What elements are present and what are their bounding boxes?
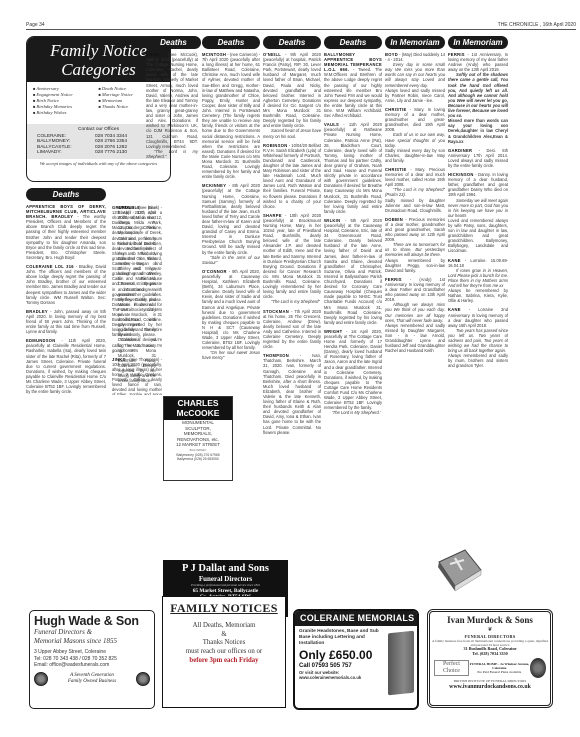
section-header-in-memoriam: In Memoriam xyxy=(448,36,508,49)
column-4: Deaths O'NEILL - 9th April 2020 (peacefu… xyxy=(263,36,321,591)
notice: HICKINSON - Danny. In loving memory of a… xyxy=(448,172,508,254)
publication-date: THE CHRONICLE , 16th April 2020 xyxy=(498,22,576,28)
column-6: In Memoriam BOYD - (May) Died suddenly 1… xyxy=(385,36,445,548)
notice: FERRIS - 1st Anniversary. In loving memo… xyxy=(448,52,508,144)
office-row: LIMAVADY:028 7776 2130 xyxy=(37,150,160,156)
notice: ROBINSON - 10/04/20 Belfast R.V.H. Sarah… xyxy=(263,143,321,209)
headstone-icon xyxy=(388,631,414,696)
notice: BALLYMONEY APPRENTICE BOYS MEMORIAL TEMP… xyxy=(324,52,382,118)
email-link[interactable]: Email: office@wadesfunerals.com xyxy=(34,662,150,669)
notice: JINKS - (nee Thompson) - 10th April 2020… xyxy=(112,357,162,395)
notice: MCINTOSH - (nee Cameron) - 7th April 202… xyxy=(202,52,260,179)
notice: O'NEILL - 9th April 2020 (peacefully) at… xyxy=(263,52,321,139)
ornament-icon: ❦ xyxy=(431,626,549,634)
notice: DOBBIN - Precious memories of a dear mot… xyxy=(385,217,445,273)
notice: GARDINER - Desi. 6th Anniversary 17th Ap… xyxy=(448,148,508,168)
column-2: Deaths xyxy=(116,36,184,52)
notice: KANE - Lorraine. 15.09.69-16.04.18If ros… xyxy=(448,258,508,304)
notice: CHRISTIE - Mary. Precious memories of a … xyxy=(385,167,445,213)
notice: BOYD - (May) Died suddenly 14 - 4 - 2014… xyxy=(385,52,445,103)
section-header-deaths: Deaths xyxy=(202,36,260,49)
charles-mccooke-ad: CHARLESMcCOOKE MONUMENTAL SCULPTOR, MEMO… xyxy=(163,396,233,481)
column-2c: GRUNDLE - (nee Black) - 12th April 2020,… xyxy=(112,205,162,395)
category-item: Birthday Wishes xyxy=(33,110,99,116)
seal-icon xyxy=(136,672,150,686)
section-header-deaths: Deaths xyxy=(146,36,201,49)
ivan-murdock-ad: Ivan Murdock & Sons ❦ FUNERAL DIRECTORS … xyxy=(427,609,553,708)
notice: KNOX - (nee McCook), April 5, 2020 (peac… xyxy=(146,52,198,159)
notice: THOMPSON - Ivan, Thatcham, Berkshire. Ma… xyxy=(263,353,321,435)
column-1: Deaths APPRENTICE BOYS OF DERRY, MITCHEL… xyxy=(26,188,106,398)
notice: KANE - Lorraine 2nd Anniversary. In lovi… xyxy=(448,307,508,368)
notice: BRADLEY - John, passed away on 5th April… xyxy=(26,309,106,334)
section-header-deaths: Deaths xyxy=(263,36,321,49)
notice: GRUNDLE - (nee Black) - 12th April 2020,… xyxy=(112,205,162,353)
crest-icon xyxy=(530,658,546,678)
column-5: Deaths BALLYMONEY APPRENTICE BOYS MEMORI… xyxy=(324,36,382,591)
notice: MCKINNEY - 8th April 2020 (peacefully) a… xyxy=(202,183,260,265)
notice: COLERAINE LOL 316 - Bradley, David John.… xyxy=(26,264,106,305)
notice: O'CONNOR - 9th April 2020, peacefully at… xyxy=(202,269,260,361)
section-header-in-memoriam: In Memoriam xyxy=(385,36,445,49)
perfect-choice-logo: Perfect Choice xyxy=(434,660,469,676)
notice: WILKIN - 5th April 2020 (peacefully) at … xyxy=(324,218,382,325)
notice: FERRIS - (Andy) 1st Anniversary. In lovi… xyxy=(385,277,445,353)
notice: EDMUNDSON - 11th April 2020, peacefully … xyxy=(26,338,106,394)
column-2-text: KNOX - (nee McCook), April 5, 2020 (peac… xyxy=(146,52,198,163)
hugh-wade-ad: Hugh Wade & Son Funeral Directors & Memo… xyxy=(29,610,155,709)
notice: SHARPE - 10th April 2020 (peacefully) at… xyxy=(263,213,321,305)
section-header-deaths: Deaths xyxy=(26,188,106,201)
bible-icon xyxy=(435,548,483,592)
page-number: Page 34 xyxy=(26,22,45,28)
section-header-deaths: Deaths xyxy=(324,36,382,49)
notice: STOCKMAN - 7th April 2020 at his home, 2… xyxy=(263,309,321,350)
website-link[interactable]: www.ivanmurdockandsons.co.uk xyxy=(431,684,549,691)
column-3: Deaths MCINTOSH - (nee Cameron) - 7th Ap… xyxy=(202,36,260,381)
coleraine-memorials-ad: COLERAINE MEMORIALS Granite Headstones, … xyxy=(293,609,419,710)
notice: WRIGHT - 1st April 2020, peacefully at T… xyxy=(324,329,382,416)
notice: VAULS - 11th April 2020 (peacefully) at … xyxy=(324,122,382,214)
notice: APPRENTICE BOYS OF DERRY, MITCHELBURNE C… xyxy=(26,204,106,260)
seal-icon xyxy=(34,672,48,686)
family-notices-ad: FAMILY NOTICES All Deaths, Memoriam & Th… xyxy=(162,596,286,708)
column-7: In Memoriam FERRIS - 1st Anniversary. In… xyxy=(448,36,508,606)
page-header: Page 34 THE CHRONICLE , 16th April 2020 xyxy=(26,18,576,30)
notice: CHRISTIE - Mary. In loving memory of a d… xyxy=(385,107,445,163)
